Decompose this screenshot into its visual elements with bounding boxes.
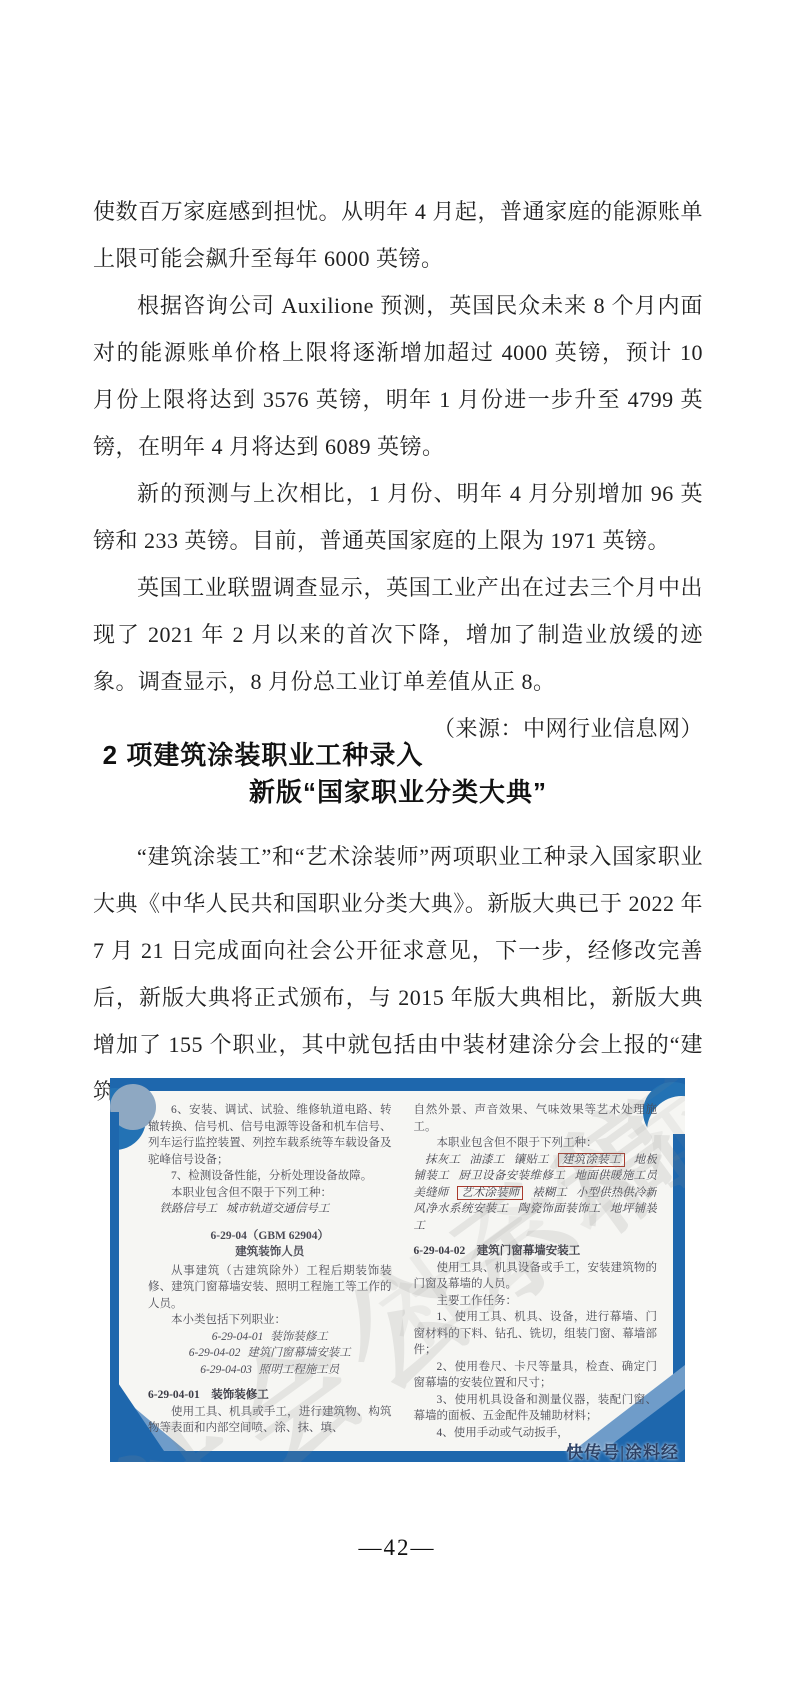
scan-class-description: 从事建筑（古建筑除外）工程后期装饰装修、建筑门窗幕墙安装、照明工程施工等工作的人…	[148, 1263, 392, 1313]
scan-task-2: 2、使用卷尺、卡尺等量具，检查、确定门窗幕墙的安装位置和尺寸；	[414, 1359, 658, 1392]
highlight-box-art-painter: 艺术涂装师	[457, 1186, 523, 1200]
scan-section-desc-curtainwall: 使用工具、机具设备或手工，安装建筑物的门窗及幕墙的人员。	[414, 1260, 658, 1293]
body-paragraph-forecast: 根据咨询公司 Auxilione 预测，英国民众未来 8 个月内面对的能源账单价…	[93, 282, 703, 470]
scan-tasks-note: 主要工作任务：	[414, 1293, 658, 1310]
scan-job-2: 6-29-04-02 建筑门窗幕墙安装工	[148, 1345, 392, 1362]
scan-frame-top-bar	[110, 1078, 685, 1091]
scan-section-desc-decorator: 使用工具、机具或手工，进行建筑物、构筑物等表面和内部空间喷、涂、抹、填、	[148, 1404, 392, 1437]
scan-task-3: 3、使用机具设备和测量仪器，装配门窗、幕墙的面板、五金配件及辅助材料；	[414, 1392, 658, 1425]
scan-class-title: 建筑装饰人员	[148, 1244, 392, 1261]
scan-worktypes-decoration: 抹灰工 油漆工 镶贴工 建筑涂装工 地板铺装工 厨卫设备安装维修工 地面供暖施工…	[414, 1152, 658, 1235]
page-number: —42—	[0, 1535, 794, 1561]
credit-watermark: 快传号|涂料经	[566, 1438, 679, 1462]
paragraph-text: 英国工业联盟调查显示，英国工业产出在过去三个月中出现了 2021 年 2 月以来…	[93, 575, 703, 694]
embedded-scan-image: 社会公示稿 社会公示稿 6、安装、调试、试验、维修轨道电路、转辙转换、信号机、信…	[110, 1078, 685, 1462]
scan-job-1: 6-29-04-01 装饰装修工	[148, 1329, 392, 1346]
body-paragraph-comparison: 新的预测与上次相比，1 月份、明年 4 月分别增加 96 英镑和 233 英镑。…	[93, 470, 703, 564]
scan-content: 6、安装、调试、试验、维修轨道电路、转辙转换、信号机、信号电源等设备和机车信号、…	[148, 1102, 657, 1449]
highlight-box-construction-painter: 建筑涂装工	[558, 1153, 625, 1167]
document-page: 使数百万家庭感到担忧。从明年 4 月起，普通家庭的能源账单上限可能会飙升至每年 …	[0, 0, 794, 1708]
source-label: （来源：中网行业信息网）	[433, 705, 703, 752]
scan-section-title-curtainwall: 6-29-04-02 建筑门窗幕墙安装工	[414, 1243, 658, 1260]
scan-subclass-note: 本小类包括下列职业：	[148, 1312, 392, 1329]
scan-continuation: 自然外景、声音效果、气味效果等艺术处理施工。	[414, 1102, 658, 1135]
scan-include-note: 本职业包含但不限于下列工种：	[148, 1185, 392, 1202]
scan-include-note-2: 本职业包含但不限于下列工种：	[414, 1135, 658, 1152]
scan-worktypes-signal: 铁路信号工 城市轨道交通信号工	[148, 1201, 392, 1218]
scan-section-title-decorator: 6-29-04-01 装饰装修工	[148, 1387, 392, 1404]
scan-job-3: 6-29-04-03 照明工程施工员	[148, 1362, 392, 1379]
scan-item-7: 7、检测设备性能，分析处理设备故障。	[148, 1168, 392, 1185]
scan-item-6: 6、安装、调试、试验、维修轨道电路、转辙转换、信号机、信号电源等设备和机车信号、…	[148, 1102, 392, 1168]
page-body: 使数百万家庭感到担忧。从明年 4 月起，普通家庭的能源账单上限可能会飙升至每年 …	[93, 188, 703, 1115]
body-paragraph-industry: 英国工业联盟调查显示，英国工业产出在过去三个月中出现了 2021 年 2 月以来…	[93, 564, 703, 705]
scan-class-code: 6-29-04（GBM 62904）	[148, 1228, 392, 1245]
body-paragraph-continuation: 使数百万家庭感到担忧。从明年 4 月起，普通家庭的能源账单上限可能会飙升至每年 …	[93, 188, 703, 282]
worktypes-segment: 抹灰工 油漆工 镶贴工	[425, 1154, 558, 1166]
scan-right-column: 自然外景、声音效果、气味效果等艺术处理施工。 本职业包含但不限于下列工种： 抹灰…	[414, 1102, 658, 1449]
body-paragraph-dictionary: “建筑涂装工”和“艺术涂装师”两项职业工种录入国家职业大典《中华人民共和国职业分…	[93, 833, 703, 1115]
scan-task-1: 1、使用工具、机具、设备，进行幕墙、门窗材料的下料、钻孔、铣切，组装门窗、幕墙部…	[414, 1309, 658, 1359]
scan-left-column: 6、安装、调试、试验、维修轨道电路、转辙转换、信号机、信号电源等设备和机车信号、…	[148, 1102, 392, 1449]
